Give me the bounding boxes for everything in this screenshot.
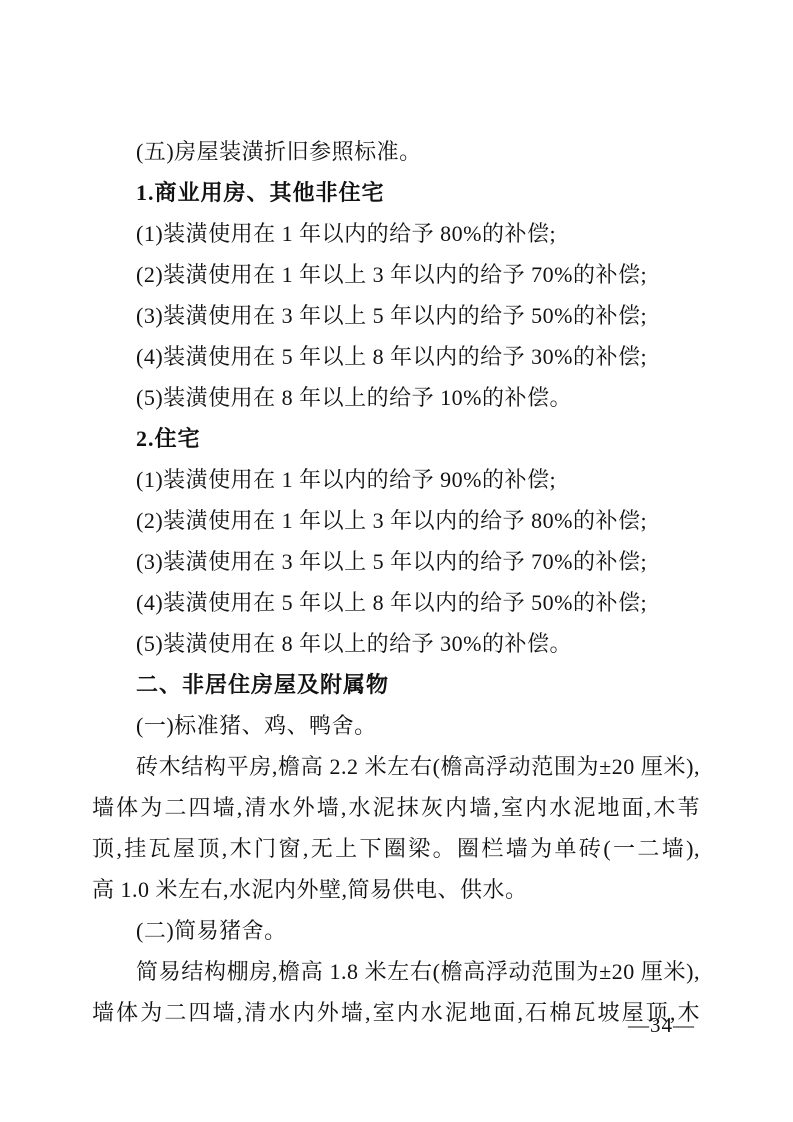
text-line: (一)标准猪、鸡、鸭舍。 [92, 705, 700, 746]
text-line: (3)装潢使用在 3 年以上 5 年以内的给予 50%的补偿; [92, 295, 700, 336]
section-heading: 二、非居住房屋及附属物 [92, 664, 700, 705]
document-page: (五)房屋装潢折旧参照标准。1.商业用房、其他非住宅(1)装潢使用在 1 年以内… [0, 0, 793, 1122]
text-line: 墙体为二四墙,清水外墙,水泥抹灰内墙,室内水泥地面,木苇 [92, 787, 700, 828]
text-line: (1)装潢使用在 1 年以内的给予 80%的补偿; [92, 213, 700, 254]
text-line: 顶,挂瓦屋顶,木门窗,无上下圈梁。圈栏墙为单砖(一二墙), [92, 828, 700, 869]
text-line: (二)简易猪舍。 [92, 910, 700, 951]
section-heading: 2.住宅 [92, 418, 700, 459]
section-heading: 1.商业用房、其他非住宅 [92, 172, 700, 213]
text-line: (五)房屋装潢折旧参照标准。 [92, 131, 700, 172]
text-line: 墙体为二四墙,清水内外墙,室内水泥地面,石棉瓦坡屋顶,木 [92, 992, 700, 1033]
text-line: (3)装潢使用在 3 年以上 5 年以内的给予 70%的补偿; [92, 541, 700, 582]
text-line: (4)装潢使用在 5 年以上 8 年以内的给予 50%的补偿; [92, 582, 700, 623]
text-line: (1)装潢使用在 1 年以内的给予 90%的补偿; [92, 459, 700, 500]
text-line: 高 1.0 米左右,水泥内外壁,简易供电、供水。 [92, 869, 700, 910]
text-line: 简易结构棚房,檐高 1.8 米左右(檐高浮动范围为±20 厘米), [92, 951, 700, 992]
text-line: (2)装潢使用在 1 年以上 3 年以内的给予 80%的补偿; [92, 500, 700, 541]
document-body: (五)房屋装潢折旧参照标准。1.商业用房、其他非住宅(1)装潢使用在 1 年以内… [92, 131, 700, 1033]
text-line: (5)装潢使用在 8 年以上的给予 30%的补偿。 [92, 623, 700, 664]
text-line: 砖木结构平房,檐高 2.2 米左右(檐高浮动范围为±20 厘米), [92, 746, 700, 787]
page-number: —34— [628, 1012, 695, 1038]
text-line: (4)装潢使用在 5 年以上 8 年以内的给予 30%的补偿; [92, 336, 700, 377]
text-line: (2)装潢使用在 1 年以上 3 年以内的给予 70%的补偿; [92, 254, 700, 295]
text-line: (5)装潢使用在 8 年以上的给予 10%的补偿。 [92, 377, 700, 418]
